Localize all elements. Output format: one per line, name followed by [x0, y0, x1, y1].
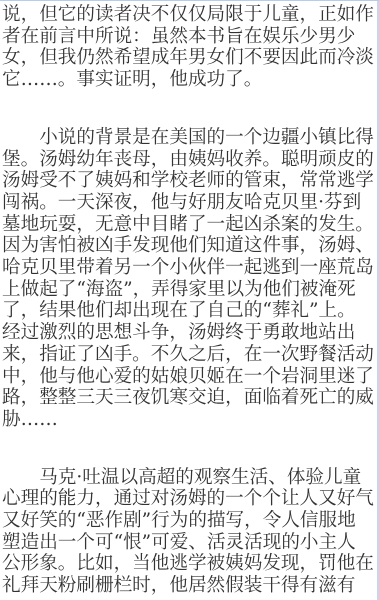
text-line: 经过激烈的思想斗争，汤姆终于勇敢地站出: [2, 322, 375, 344]
text-line: 闯祸。一天深夜，他与好朋友哈克贝里·芬到: [2, 192, 375, 214]
paragraph: 马克·吐温以高超的观察生活、体验儿童心理的能力，通过对汤姆的一个个让人又好气又好…: [2, 467, 375, 597]
text-line: 马克·吐温以高超的观察生活、体验儿童: [2, 467, 375, 489]
text-line: 它……。事实证明，他成功了。: [2, 69, 375, 91]
text-line: 又好笑的“恶作剧”行为的描写，令人信服地: [2, 510, 375, 532]
text-line: 公形象。比如，当他逃学被姨妈发现，罚他在: [2, 553, 375, 575]
text-line: 堡。汤姆幼年丧母，由姨妈收养。聪明顽皮的: [2, 149, 375, 171]
paragraph: 说，但它的读者决不仅仅局限于儿童，正如作者在前言中所说：虽然本书旨在娱乐少男少女…: [2, 4, 375, 91]
text-line: 哈克贝里带着另一个小伙伴一起逃到一座荒岛: [2, 257, 375, 279]
text-line: 者在前言中所说：虽然本书旨在娱乐少男少: [2, 26, 375, 48]
text-line: 因为害怕被凶手发现他们知道这件事，汤姆、: [2, 235, 375, 257]
text-line: 塑造出一个可“恨”可爱、活灵活现的小主人: [2, 532, 375, 554]
text-line: 墓地玩耍，无意中目睹了一起凶杀案的发生。: [2, 214, 375, 236]
text-line: 心理的能力，通过对汤姆的一个个让人又好气: [2, 488, 375, 510]
text-line: 说，但它的读者决不仅仅局限于儿童，正如作: [2, 4, 375, 26]
book-text-page: 说，但它的读者决不仅仅局限于儿童，正如作者在前言中所说：虽然本书旨在娱乐少男少女…: [0, 0, 379, 600]
text-line: 来，指证了凶手。不久之后，在一次野餐活动: [2, 344, 375, 366]
text-line: 中，他与他心爱的姑娘贝姬在一个岩洞里迷了: [2, 366, 375, 388]
text-line: 胁……: [2, 409, 375, 431]
text-line: 小说的背景是在美国的一个边疆小镇比得: [2, 127, 375, 149]
text-line: 路，整整三天三夜饥寒交迫，面临着死亡的威: [2, 387, 375, 409]
text-line: 了，结果他们却出现在了自己的“葬礼”上。: [2, 300, 375, 322]
text-line: 礼拜天粉刷栅栏时，他居然假装干得有滋有: [2, 575, 375, 597]
text-line: 上做起了“海盗”，弄得家里以为他们被淹死: [2, 279, 375, 301]
text-body: 说，但它的读者决不仅仅局限于儿童，正如作者在前言中所说：虽然本书旨在娱乐少男少女…: [2, 4, 375, 597]
text-line: 女，但我仍然希望成年男女们不要因此而冷淡: [2, 47, 375, 69]
text-line: 汤姆受不了姨妈和学校老师的管束，常常逃学: [2, 170, 375, 192]
paragraph: 小说的背景是在美国的一个边疆小镇比得堡。汤姆幼年丧母，由姨妈收养。聪明顽皮的汤姆…: [2, 127, 375, 431]
